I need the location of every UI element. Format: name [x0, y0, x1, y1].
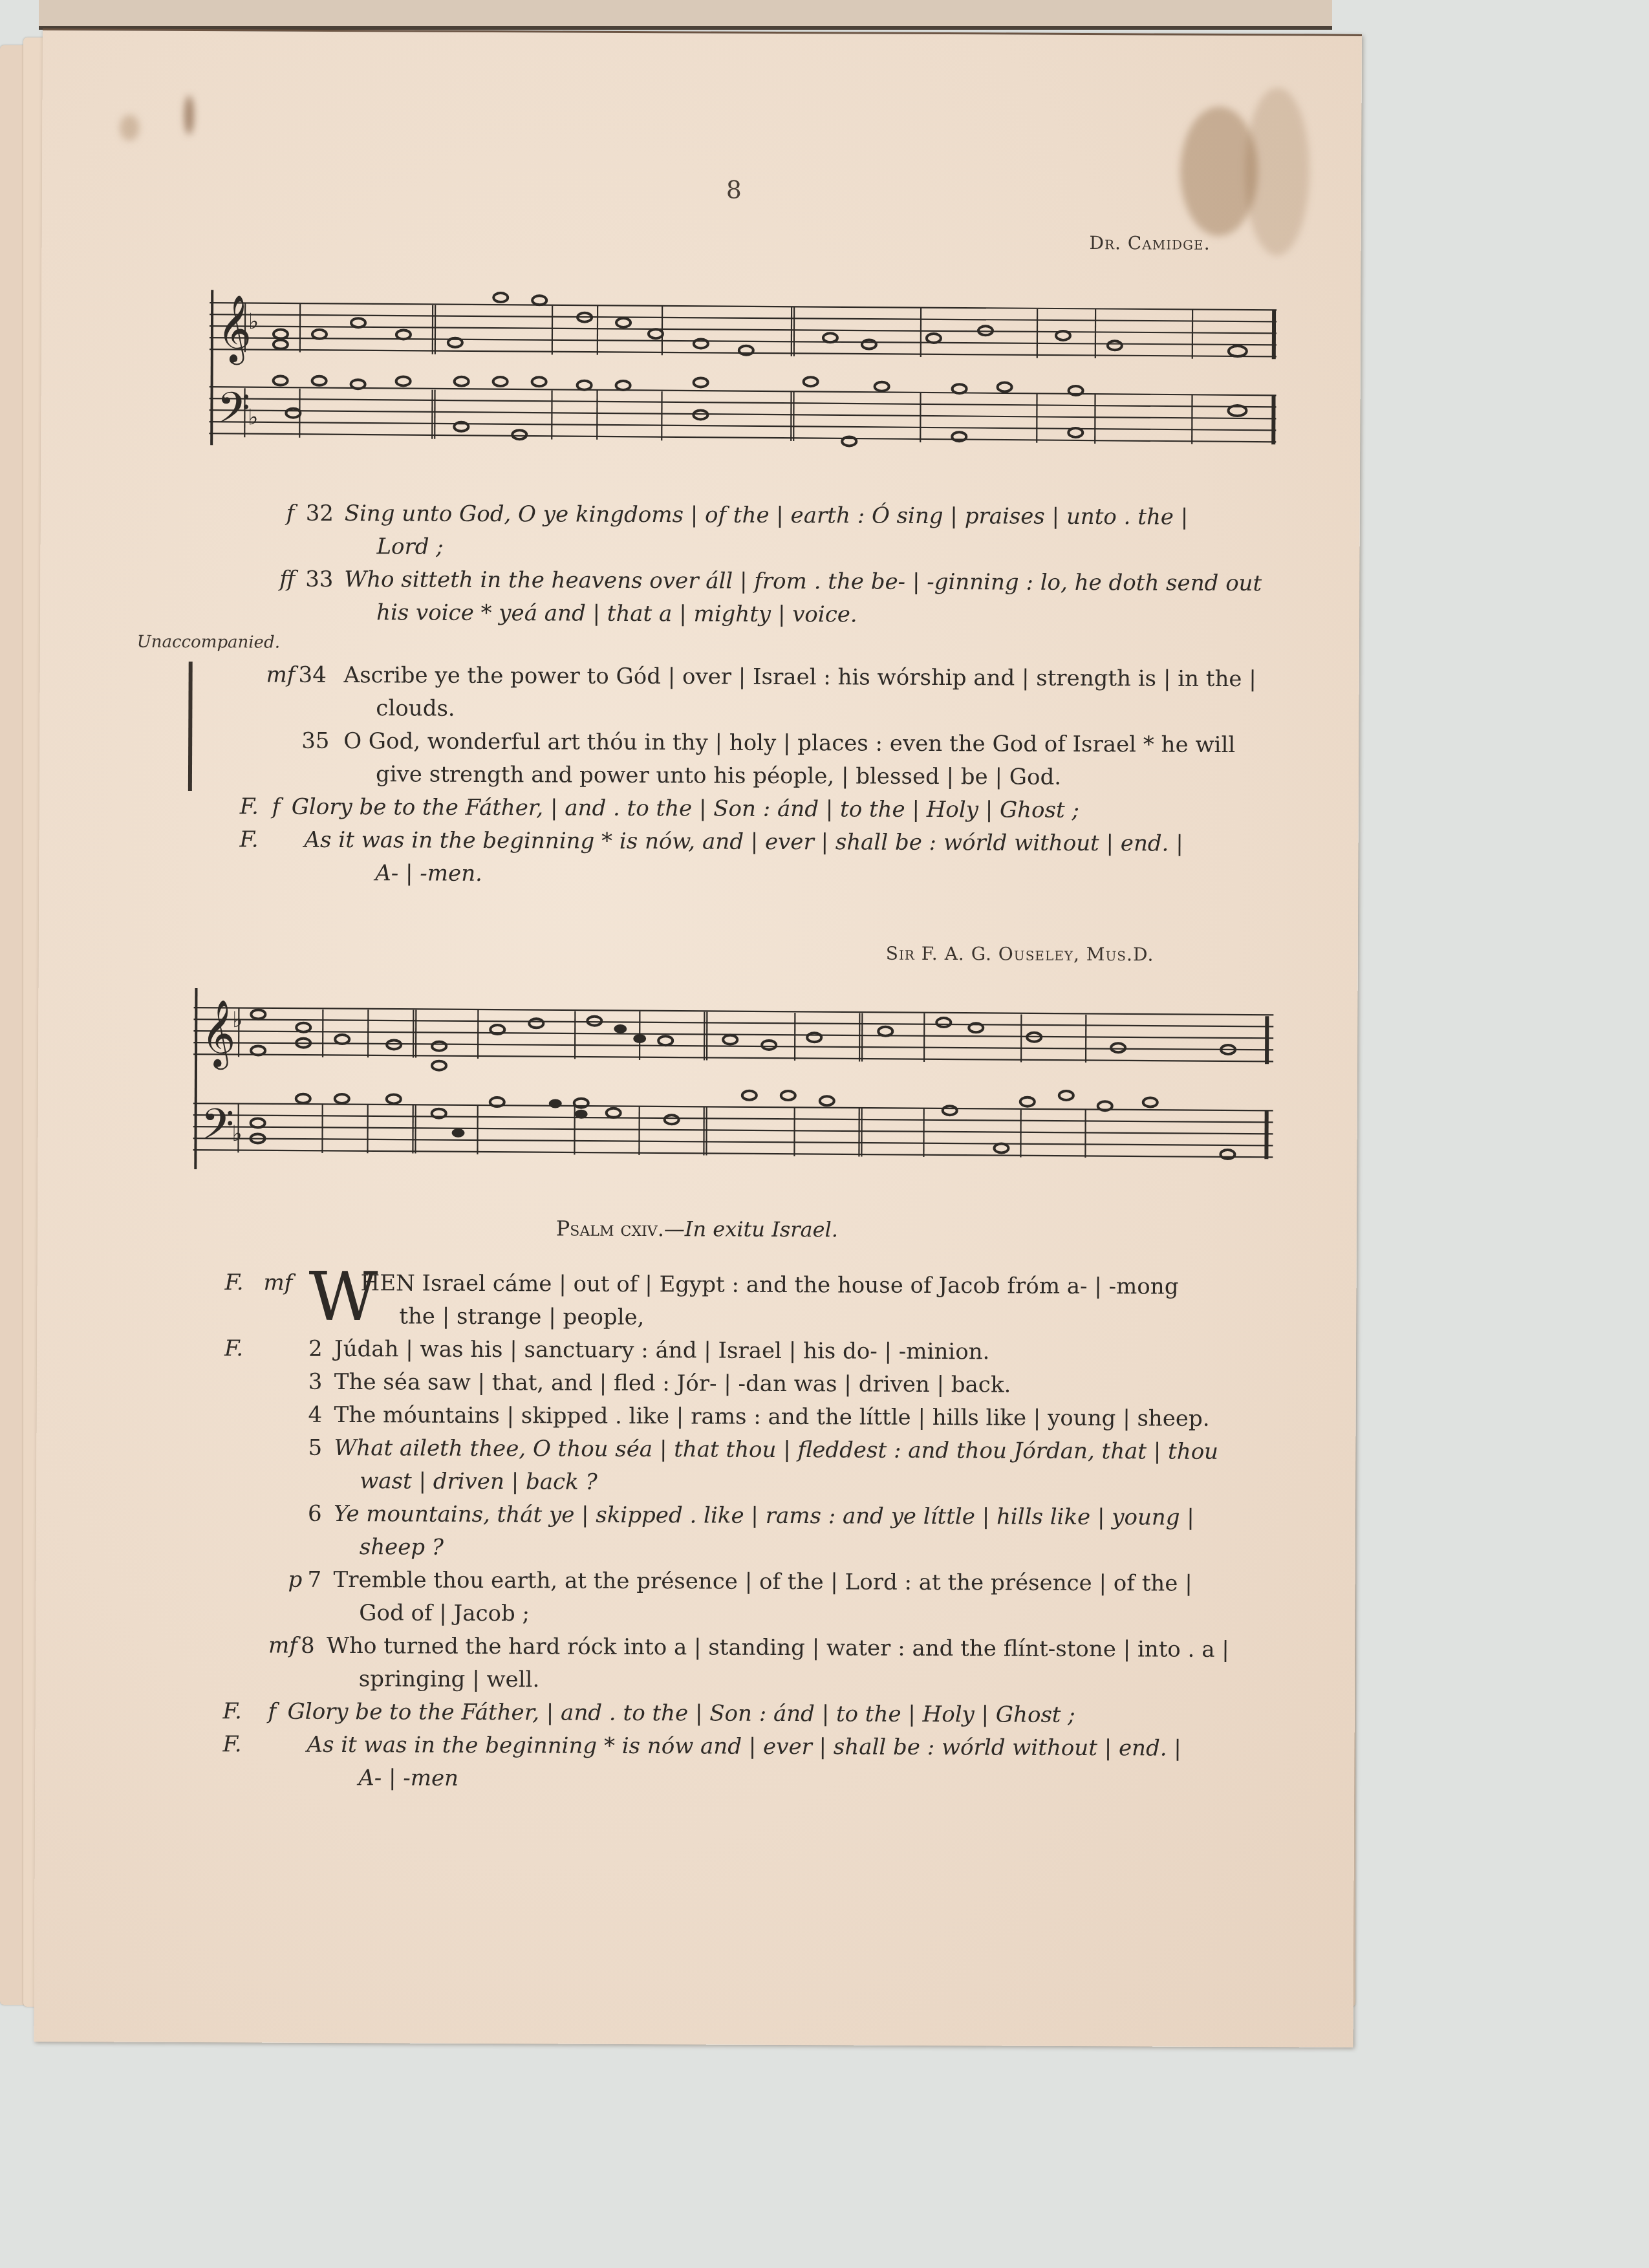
gloria-amen: A- | -men	[184, 1761, 1283, 1798]
verse-continuation: the | strange | people,	[186, 1299, 1285, 1337]
gloria-line-1: F. f Glory be to the Fáther, | and . to …	[184, 1695, 1284, 1733]
psalm-latin-incipit: —In exitu Israel.	[664, 1216, 838, 1242]
psalm-lxviii-verses: f 32 Sing unto God, O ye kingdoms | of t…	[189, 497, 1289, 633]
verse-continuation: springing | well.	[184, 1662, 1284, 1700]
verse-text: Sing unto God, O ye kingdoms | of the | …	[345, 497, 1189, 534]
chant-score-ouseley: 𝄞 𝄢 ♭ ♭	[193, 962, 1280, 1187]
verse-7: p 7 Tremble thou earth, at the présence …	[184, 1563, 1284, 1601]
dynamic-marking: mf	[266, 659, 296, 692]
verse-34: mf 34 Ascribe ye the power to Gód | over…	[189, 658, 1288, 696]
margin-note-unaccompanied: Unaccompanied.	[137, 632, 280, 653]
verse-continuation: his voice * yeá and | that a | mighty | …	[189, 596, 1288, 633]
gloria-line-2: F. As it was in the beginning * is nów a…	[184, 1728, 1283, 1766]
dynamic-marking: p	[288, 1564, 302, 1597]
side-marking: F.	[224, 1266, 243, 1299]
verse-number: 35	[301, 725, 329, 758]
dynamic-marking: f	[272, 791, 281, 824]
psalm-number: Psalm cxiv.	[556, 1216, 664, 1241]
verse-text: O God, wonderful art thóu in thy | holy …	[343, 725, 1235, 762]
side-marking: F.	[224, 1332, 243, 1365]
document-page: 8 Dr. Camidge.	[34, 28, 1362, 2047]
music-notation: 𝄞 𝄢 ♭ ♭	[193, 962, 1280, 1187]
page-stack-edge	[39, 0, 1332, 30]
gloria-text: Glory be to the Fáther, | and . to the |…	[292, 791, 1079, 827]
side-marking: F.	[223, 1695, 242, 1728]
page-number: 8	[715, 176, 753, 204]
svg-text:♭: ♭	[248, 404, 258, 430]
svg-text:𝄞: 𝄞	[217, 294, 252, 365]
svg-text:♭: ♭	[248, 308, 259, 334]
side-marking: F.	[239, 823, 258, 856]
verse-text: Ascribe ye the power to Gód | over | Isr…	[344, 659, 1256, 696]
verse-number: 33	[305, 563, 333, 596]
verse-number: 2	[308, 1333, 323, 1366]
verse-text: Tremble thou earth, at the présence | of…	[333, 1564, 1192, 1601]
dynamic-marking: f	[268, 1696, 277, 1729]
verse-4: 4 The móuntains | skipped . like | rams …	[186, 1398, 1285, 1436]
verse-continuation: wast | driven | back ?	[185, 1464, 1284, 1502]
psalm-title: Psalm cxiv.—In exitu Israel.	[38, 1214, 1357, 1244]
verse-3: 3 The séa saw | that, and | fled : Jór- …	[186, 1365, 1285, 1403]
verse-text: Júdah | was his | sanctuary : ánd | Isra…	[334, 1333, 990, 1368]
gloria-line-2: F. As it was in the beginning * is nów, …	[188, 823, 1287, 861]
foxing-stain	[184, 96, 193, 135]
verse-8: mf 8 Who turned the hard róck into a | s…	[184, 1629, 1284, 1667]
foxing-stain	[120, 115, 139, 141]
dynamic-marking: f	[286, 497, 295, 530]
verse-continuation: Lord ;	[189, 530, 1288, 567]
svg-text:𝄢: 𝄢	[200, 1099, 234, 1160]
verse-number: 4	[308, 1399, 323, 1432]
gloria-amen: A- | -men.	[188, 856, 1287, 894]
verse-number: 5	[308, 1432, 322, 1465]
verse-6: 6 Ye mountains, thát ye | skipped . like…	[185, 1497, 1284, 1535]
composer-credit: Sir F. A. G. Ouseley, Mus.D.	[886, 943, 1154, 966]
verse-text: What aileth thee, O thou séa | that thou…	[334, 1432, 1218, 1469]
gloria-text: Glory be to the Fáther, | and . to the |…	[288, 1696, 1075, 1732]
dynamic-marking: mf	[268, 1630, 297, 1663]
verse-35: 35 O God, wonderful art thóu in thy | ho…	[188, 724, 1288, 762]
music-notation: 𝄞 𝄢 ♭ ♭	[209, 251, 1283, 475]
svg-text:♭: ♭	[232, 1007, 242, 1033]
verse-text: Who turned the hard róck into a | standi…	[327, 1630, 1229, 1667]
verse-1: F. mf W HEN Israel cáme | out of | Egypt…	[186, 1266, 1285, 1304]
svg-text:𝄢: 𝄢	[217, 383, 250, 443]
gloria-line-1: F. f Glory be to the Fáther, | and . to …	[188, 790, 1288, 828]
verse-continuation: sheep ?	[185, 1530, 1284, 1568]
verse-continuation: give strength and power unto his péople,…	[188, 757, 1288, 795]
side-marking: F.	[240, 790, 259, 823]
dynamic-marking: mf	[263, 1267, 292, 1300]
verse-continuation: clouds.	[188, 691, 1288, 729]
composer-credit: Dr. Camidge.	[1089, 232, 1210, 254]
verse-number: 6	[308, 1498, 322, 1531]
chant-score-camidge: 𝄞 𝄢 ♭ ♭	[209, 251, 1283, 475]
verse-32: f 32 Sing unto God, O ye kingdoms | of t…	[189, 497, 1289, 534]
verse-number: 32	[306, 497, 334, 530]
verse-2: F. 2 Júdah | was his | sanctuary : ánd |…	[186, 1332, 1285, 1370]
verse-33: ff 33 Who sitteth in the heavens over ál…	[189, 563, 1288, 600]
dynamic-marking: ff	[279, 563, 295, 596]
gloria-text: As it was in the beginning * is nów and …	[307, 1729, 1181, 1766]
verse-continuation: God of | Jacob ;	[184, 1596, 1284, 1634]
verse-5: 5 What aileth thee, O thou séa | that th…	[185, 1431, 1284, 1469]
svg-text:♭: ♭	[232, 1121, 242, 1147]
verse-number: 34	[299, 659, 327, 692]
verse-number: 7	[307, 1564, 321, 1597]
verse-text: Ye mountains, thát ye | skipped . like |…	[334, 1498, 1194, 1535]
verse-text: The móuntains | skipped . like | rams : …	[334, 1399, 1210, 1436]
verse-text: HEN Israel cáme | out of | Egypt : and t…	[360, 1267, 1178, 1304]
verse-number: 3	[308, 1366, 323, 1399]
verse-text: The séa saw | that, and | fled : Jór- | …	[334, 1366, 1011, 1402]
psalm-lxviii-unaccompanied-verses: mf 34 Ascribe ye the power to Gód | over…	[188, 658, 1288, 894]
foxing-stain	[1244, 87, 1309, 255]
psalm-cxiv-verses: F. mf W HEN Israel cáme | out of | Egypt…	[184, 1266, 1286, 1798]
verse-text: Who sitteth in the heavens over áll | fr…	[344, 563, 1262, 600]
svg-text:𝄞: 𝄞	[201, 999, 236, 1070]
side-marking: F.	[222, 1728, 241, 1761]
verse-number: 8	[301, 1630, 315, 1663]
gloria-text: As it was in the beginning * is nów, and…	[304, 824, 1183, 861]
